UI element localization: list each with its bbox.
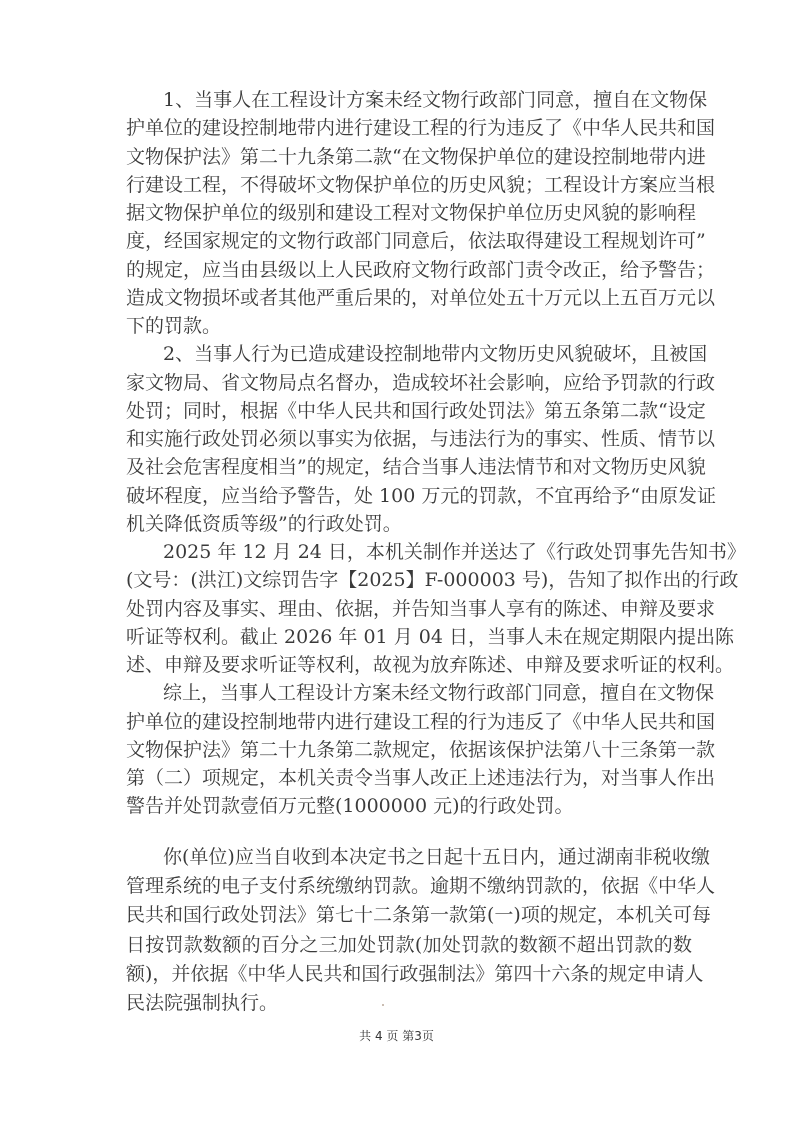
body-block-main: 1、当事人在工程设计方案未经文物行政部门同意，擅自在文物保 护单位的建设控制地带… bbox=[126, 86, 692, 821]
text-line: 和实施行政处罚必须以事实为依据，与违法行为的事实、性质、情节以 bbox=[126, 425, 692, 453]
text-line: 1、当事人在工程设计方案未经文物行政部门同意，擅自在文物保 bbox=[126, 86, 692, 114]
page-indicator: 共 4 页 第3页 bbox=[359, 1029, 434, 1043]
text-line: 听证等权利。截止 2026 年 01 月 04 日，当事人未在规定期限内提出陈 bbox=[126, 623, 692, 651]
page-footer: 共 4 页 第3页 bbox=[0, 1027, 793, 1044]
text-line: 综上，当事人工程设计方案未经文物行政部门同意，擅自在文物保 bbox=[126, 679, 692, 707]
text-line: 2025 年 12 月 24 日，本机关制作并送达了《行政处罚事先告知书》 bbox=[126, 538, 692, 566]
text-line: 据文物保护单位的级别和建设工程对文物保护单位历史风貌的影响程 bbox=[126, 199, 692, 227]
text-line: 民共和国行政处罚法》第七十二条第一款第(一)项的规定，本机关可每 bbox=[126, 901, 692, 930]
text-line: 日按罚款数额的百分之三加处罚款(加处罚款的数额不超出罚款的数 bbox=[126, 931, 692, 960]
document-page: 1、当事人在工程设计方案未经文物行政部门同意，擅自在文物保 护单位的建设控制地带… bbox=[0, 0, 793, 1122]
text-line: 机关降低资质等级”的行政处罚。 bbox=[126, 510, 692, 538]
text-line: 破坏程度，应当给予警告，处 100 万元的罚款，不宜再给予“由原发证 bbox=[126, 482, 692, 510]
text-line: 行建设工程，不得破坏文物保护单位的历史风貌；工程设计方案应当根 bbox=[126, 171, 692, 199]
paragraph-payment: 你(单位)应当自收到本决定书之日起十五日内，通过湖南非税收缴 管理系统的电子支付… bbox=[126, 843, 692, 1018]
text-line: 的规定，应当由县级以上人民政府文物行政部门责令改正，给予警告； bbox=[126, 256, 692, 284]
paragraph-point-2: 2、当事人行为已造成建设控制地带内文物历史风貌破坏，且被国 家文物局、省文物局点… bbox=[126, 340, 692, 538]
text-line: 文物保护法》第二十九条第二款规定，依据该保护法第八十三条第一款 bbox=[126, 736, 692, 764]
text-line: 额)，并依据《中华人民共和国行政强制法》第四十六条的规定申请人 bbox=[126, 960, 692, 989]
paragraph-point-1: 1、当事人在工程设计方案未经文物行政部门同意，擅自在文物保 护单位的建设控制地带… bbox=[126, 86, 692, 340]
scan-artifact-dot bbox=[382, 1004, 384, 1006]
body-block-payment: 你(单位)应当自收到本决定书之日起十五日内，通过湖南非税收缴 管理系统的电子支付… bbox=[126, 843, 692, 1018]
text-line: 及社会危害程度相当”的规定，结合当事人违法情节和对文物历史风貌 bbox=[126, 453, 692, 481]
text-line: 民法院强制执行。 bbox=[126, 989, 692, 1018]
text-line: 第（二）项规定，本机关责令当事人改正上述违法行为，对当事人作出 bbox=[126, 764, 692, 792]
text-line: 处罚；同时，根据《中华人民共和国行政处罚法》第五条第二款“设定 bbox=[126, 397, 692, 425]
text-line: 处罚内容及事实、理由、依据，并告知当事人享有的陈述、申辩及要求 bbox=[126, 595, 692, 623]
text-line: 述、申辩及要求听证等权利，故视为放弃陈述、申辩及要求听证的权利。 bbox=[126, 651, 692, 679]
paragraph-conclusion: 综上，当事人工程设计方案未经文物行政部门同意，擅自在文物保 护单位的建设控制地带… bbox=[126, 679, 692, 820]
text-line: 造成文物损坏或者其他严重后果的，对单位处五十万元以上五百万元以 bbox=[126, 284, 692, 312]
text-line: 度，经国家规定的文物行政部门同意后，依法取得建设工程规划许可” bbox=[126, 227, 692, 255]
text-line: 下的罚款。 bbox=[126, 312, 692, 340]
text-line: 管理系统的电子支付系统缴纳罚款。逾期不缴纳罚款的，依据《中华人 bbox=[126, 872, 692, 901]
text-line: 文物保护法》第二十九条第二款“在文物保护单位的建设控制地带内进 bbox=[126, 143, 692, 171]
paragraph-prior-notice: 2025 年 12 月 24 日，本机关制作并送达了《行政处罚事先告知书》 (文… bbox=[126, 538, 692, 679]
text-line: 护单位的建设控制地带内进行建设工程的行为违反了《中华人民共和国 bbox=[126, 114, 692, 142]
text-line: 护单位的建设控制地带内进行建设工程的行为违反了《中华人民共和国 bbox=[126, 708, 692, 736]
text-line: 你(单位)应当自收到本决定书之日起十五日内，通过湖南非税收缴 bbox=[126, 843, 692, 872]
text-line: (文号：(洪江)文综罚告字【2025】F-000003 号)，告知了拟作出的行政 bbox=[126, 566, 692, 594]
text-line: 2、当事人行为已造成建设控制地带内文物历史风貌破坏，且被国 bbox=[126, 340, 692, 368]
text-line: 警告并处罚款壹佰万元整(1000000 元)的行政处罚。 bbox=[126, 792, 692, 820]
text-line: 家文物局、省文物局点名督办，造成较坏社会影响，应给予罚款的行政 bbox=[126, 369, 692, 397]
